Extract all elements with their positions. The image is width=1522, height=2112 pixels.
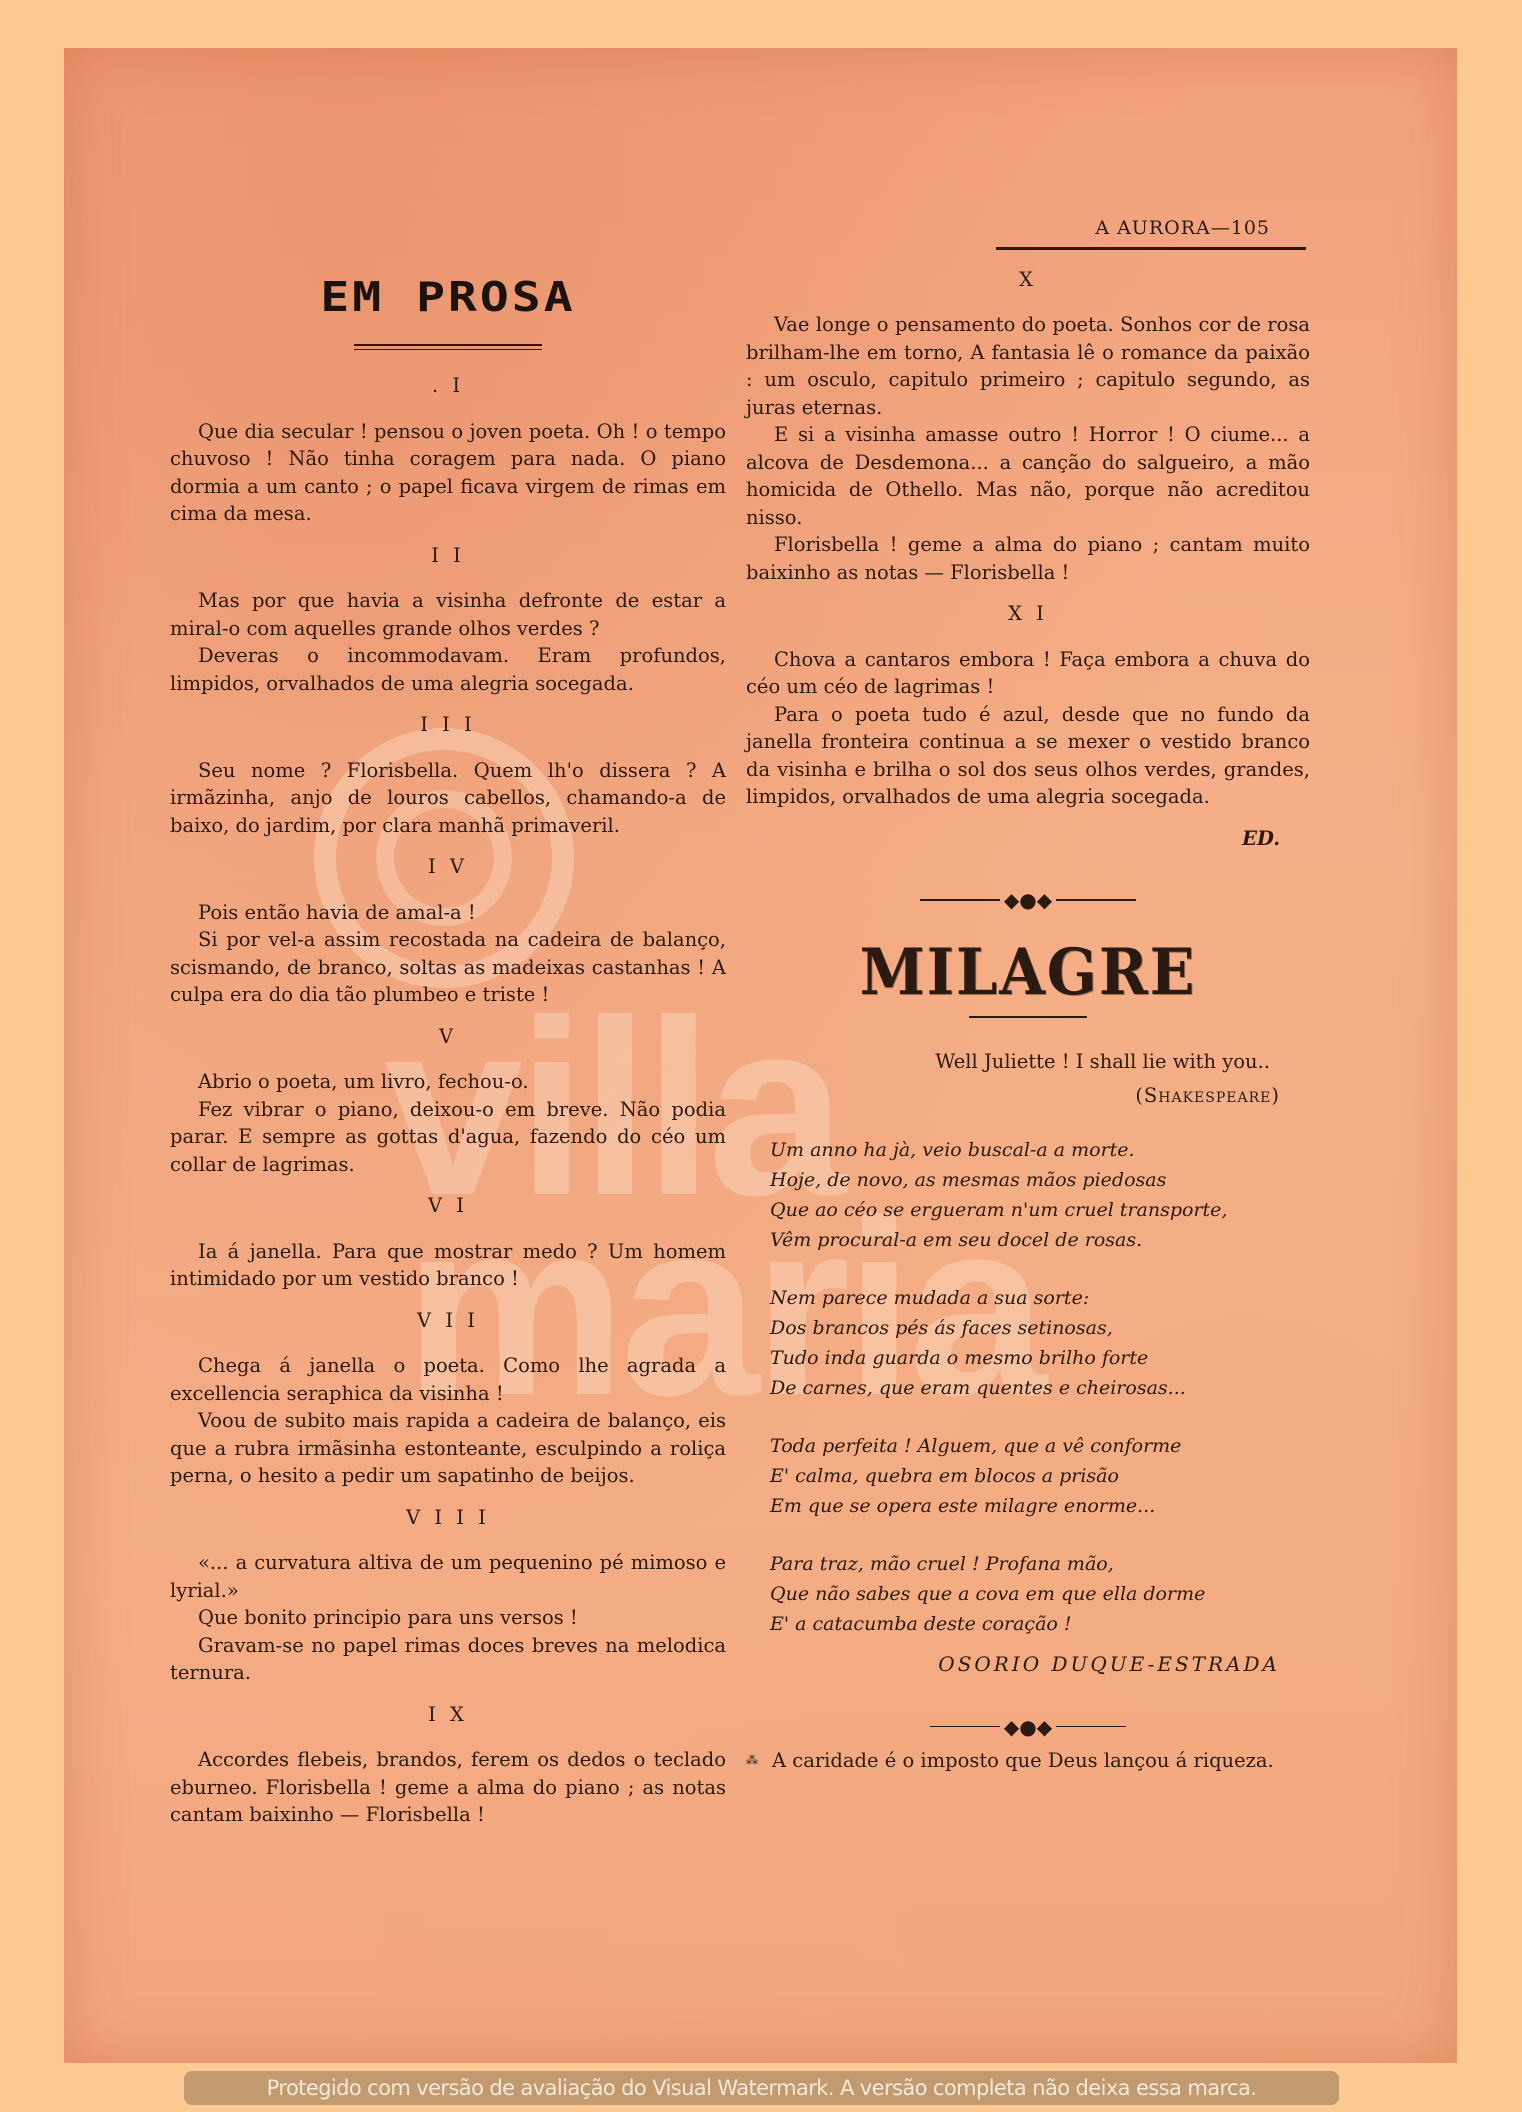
- paragraph: Que dia secular ! pensou o joven poeta. …: [170, 418, 726, 528]
- prose-signature: ED.: [746, 825, 1310, 853]
- maxim-text: A caridade é o imposto que Deus lançou á…: [772, 1749, 1274, 1772]
- section: V IIa á janella. Para que mostrar medo ?…: [170, 1192, 726, 1293]
- evaluation-watermark-banner: Protegido com versão de avaliação do Vis…: [184, 2071, 1339, 2105]
- paragraph: Para o poeta tudo é azul, desde que no f…: [746, 701, 1310, 811]
- verse-line: Em que se opera este milagre enorme...: [770, 1491, 1310, 1521]
- section-number: X: [746, 266, 1310, 294]
- section-number: V: [170, 1023, 726, 1051]
- paragraph: Ia á janella. Para que mostrar medo ? Um…: [170, 1238, 726, 1293]
- verse-line: Toda perfeita ! Alguem, que a vê conform…: [770, 1431, 1310, 1461]
- right-column: A AURORA—105 XVae longe o pensamento do …: [746, 215, 1310, 1775]
- section: I VPois então havia de amal-a !Si por ve…: [170, 853, 726, 1009]
- stanza: Nem parece mudada a sua sorte:Dos branco…: [746, 1283, 1310, 1403]
- section: X IChova a cantaros embora ! Faça embora…: [746, 600, 1310, 811]
- verse-line: Tudo inda guarda o mesmo brilho forte: [770, 1343, 1310, 1373]
- section-number: . I: [170, 372, 726, 400]
- poem-author: OSORIO DUQUE-ESTRADA: [746, 1651, 1310, 1679]
- paragraph: Vae longe o pensamento do poeta. Sonhos …: [746, 311, 1310, 421]
- paragraph: Accordes flebeis, brandos, ferem os dedo…: [170, 1746, 726, 1829]
- paragraph: Florisbella ! geme a alma do piano ; can…: [746, 531, 1310, 586]
- section-number: V I: [170, 1192, 726, 1220]
- paragraph: Seu nome ? Florisbella. Quem lh'o disser…: [170, 757, 726, 840]
- verse-line: Dos brancos pés ás faces setinosas,: [770, 1313, 1310, 1343]
- section-number: I V: [170, 853, 726, 881]
- paragraph: Voou de subito mais rapida a cadeira de …: [170, 1407, 726, 1490]
- paragraph: Chova a cantaros embora ! Faça embora a …: [746, 646, 1310, 701]
- paragraph: Que bonito principio para uns versos !: [170, 1604, 726, 1632]
- epigraph-source: (Shakespeare): [746, 1082, 1310, 1110]
- section: I I ISeu nome ? Florisbella. Quem lh'o d…: [170, 711, 726, 839]
- section-number: X I: [746, 600, 1310, 628]
- verse-line: Nem parece mudada a sua sorte:: [770, 1283, 1310, 1313]
- paragraph: E si a visinha amasse outro ! Horror ! O…: [746, 421, 1310, 531]
- paragraph: Si por vel-a assim recostada na cadeira …: [170, 926, 726, 1009]
- section: XVae longe o pensamento do poeta. Sonhos…: [746, 266, 1310, 587]
- ornament-small-divider-icon: ◆●◆: [746, 1717, 1310, 1737]
- stanza: Toda perfeita ! Alguem, que a vê conform…: [746, 1431, 1310, 1521]
- section: VAbrio o poeta, um livro, fechou-o.Fez v…: [170, 1023, 726, 1179]
- section-number: V I I I: [170, 1504, 726, 1532]
- section-number: I I: [170, 542, 726, 570]
- maxim: ⁂A caridade é o imposto que Deus lançou …: [746, 1747, 1310, 1775]
- paragraph: Chega á janella o poeta. Como lhe agrada…: [170, 1352, 726, 1407]
- left-column: EM PROSA . IQue dia secular ! pensou o j…: [170, 270, 726, 1843]
- paragraph: Pois então havia de amal-a !: [170, 899, 726, 927]
- section: V I I I«... a curvatura altiva de um peq…: [170, 1504, 726, 1687]
- running-head-rule: [996, 247, 1306, 250]
- section-number: I I I: [170, 711, 726, 739]
- poem-body: Um anno ha jà, veio buscal-a a morte.Hoj…: [746, 1135, 1310, 1639]
- article-title: EM PROSA: [170, 286, 726, 334]
- prose-sections: . IQue dia secular ! pensou o joven poet…: [170, 372, 726, 1829]
- verse-line: De carnes, que eram quentes e cheirosas.…: [770, 1373, 1310, 1403]
- section: V I IChega á janella o poeta. Como lhe a…: [170, 1307, 726, 1490]
- section: I IMas por que havia a visinha defronte …: [170, 542, 726, 698]
- asterism-icon: ⁂: [746, 1753, 758, 1767]
- section: . IQue dia secular ! pensou o joven poet…: [170, 372, 726, 528]
- verse-line: Vêm procural-a em seu docel de rosas.: [770, 1225, 1310, 1255]
- verse-line: Que não sabes que a cova em que ella dor…: [770, 1579, 1310, 1609]
- ornament-divider-icon: ◆●◆: [746, 890, 1310, 910]
- section-number: V I I: [170, 1307, 726, 1335]
- section: I XAccordes flebeis, brandos, ferem os d…: [170, 1701, 726, 1829]
- paragraph: Fez vibrar o piano, deixou-o em breve. N…: [170, 1096, 726, 1179]
- paragraph: Gravam-se no papel rimas doces breves na…: [170, 1632, 726, 1687]
- section-number: I X: [170, 1701, 726, 1729]
- prose-sections-continued: XVae longe o pensamento do poeta. Sonhos…: [746, 266, 1310, 811]
- stanza: Um anno ha jà, veio buscal-a a morte.Hoj…: [746, 1135, 1310, 1255]
- verse-line: E' calma, quebra em blocos a prisão: [770, 1461, 1310, 1491]
- poem-title: MILAGRE: [769, 938, 1288, 1008]
- poem-epigraph: Well Juliette ! I shall lie with you..: [746, 1048, 1310, 1076]
- paragraph: Mas por que havia a visinha defronte de …: [170, 587, 726, 642]
- running-head: A AURORA—105: [746, 215, 1310, 243]
- paragraph: Abrio o poeta, um livro, fechou-o.: [170, 1068, 726, 1096]
- verse-line: Que ao céo se ergueram n'um cruel transp…: [770, 1195, 1310, 1225]
- verse-line: E' a catacumba deste coração !: [770, 1609, 1310, 1639]
- paragraph: «... a curvatura altiva de um pequenino …: [170, 1549, 726, 1604]
- title-rule: [354, 344, 542, 350]
- poem-title-rule: [969, 1016, 1087, 1018]
- verse-line: Um anno ha jà, veio buscal-a a morte.: [770, 1135, 1310, 1165]
- verse-line: Para traz, mão cruel ! Profana mão,: [770, 1549, 1310, 1579]
- paragraph: Deveras o incommodavam. Eram profundos, …: [170, 642, 726, 697]
- stanza: Para traz, mão cruel ! Profana mão,Que n…: [746, 1549, 1310, 1639]
- verse-line: Hoje, de novo, as mesmas mãos piedosas: [770, 1165, 1310, 1195]
